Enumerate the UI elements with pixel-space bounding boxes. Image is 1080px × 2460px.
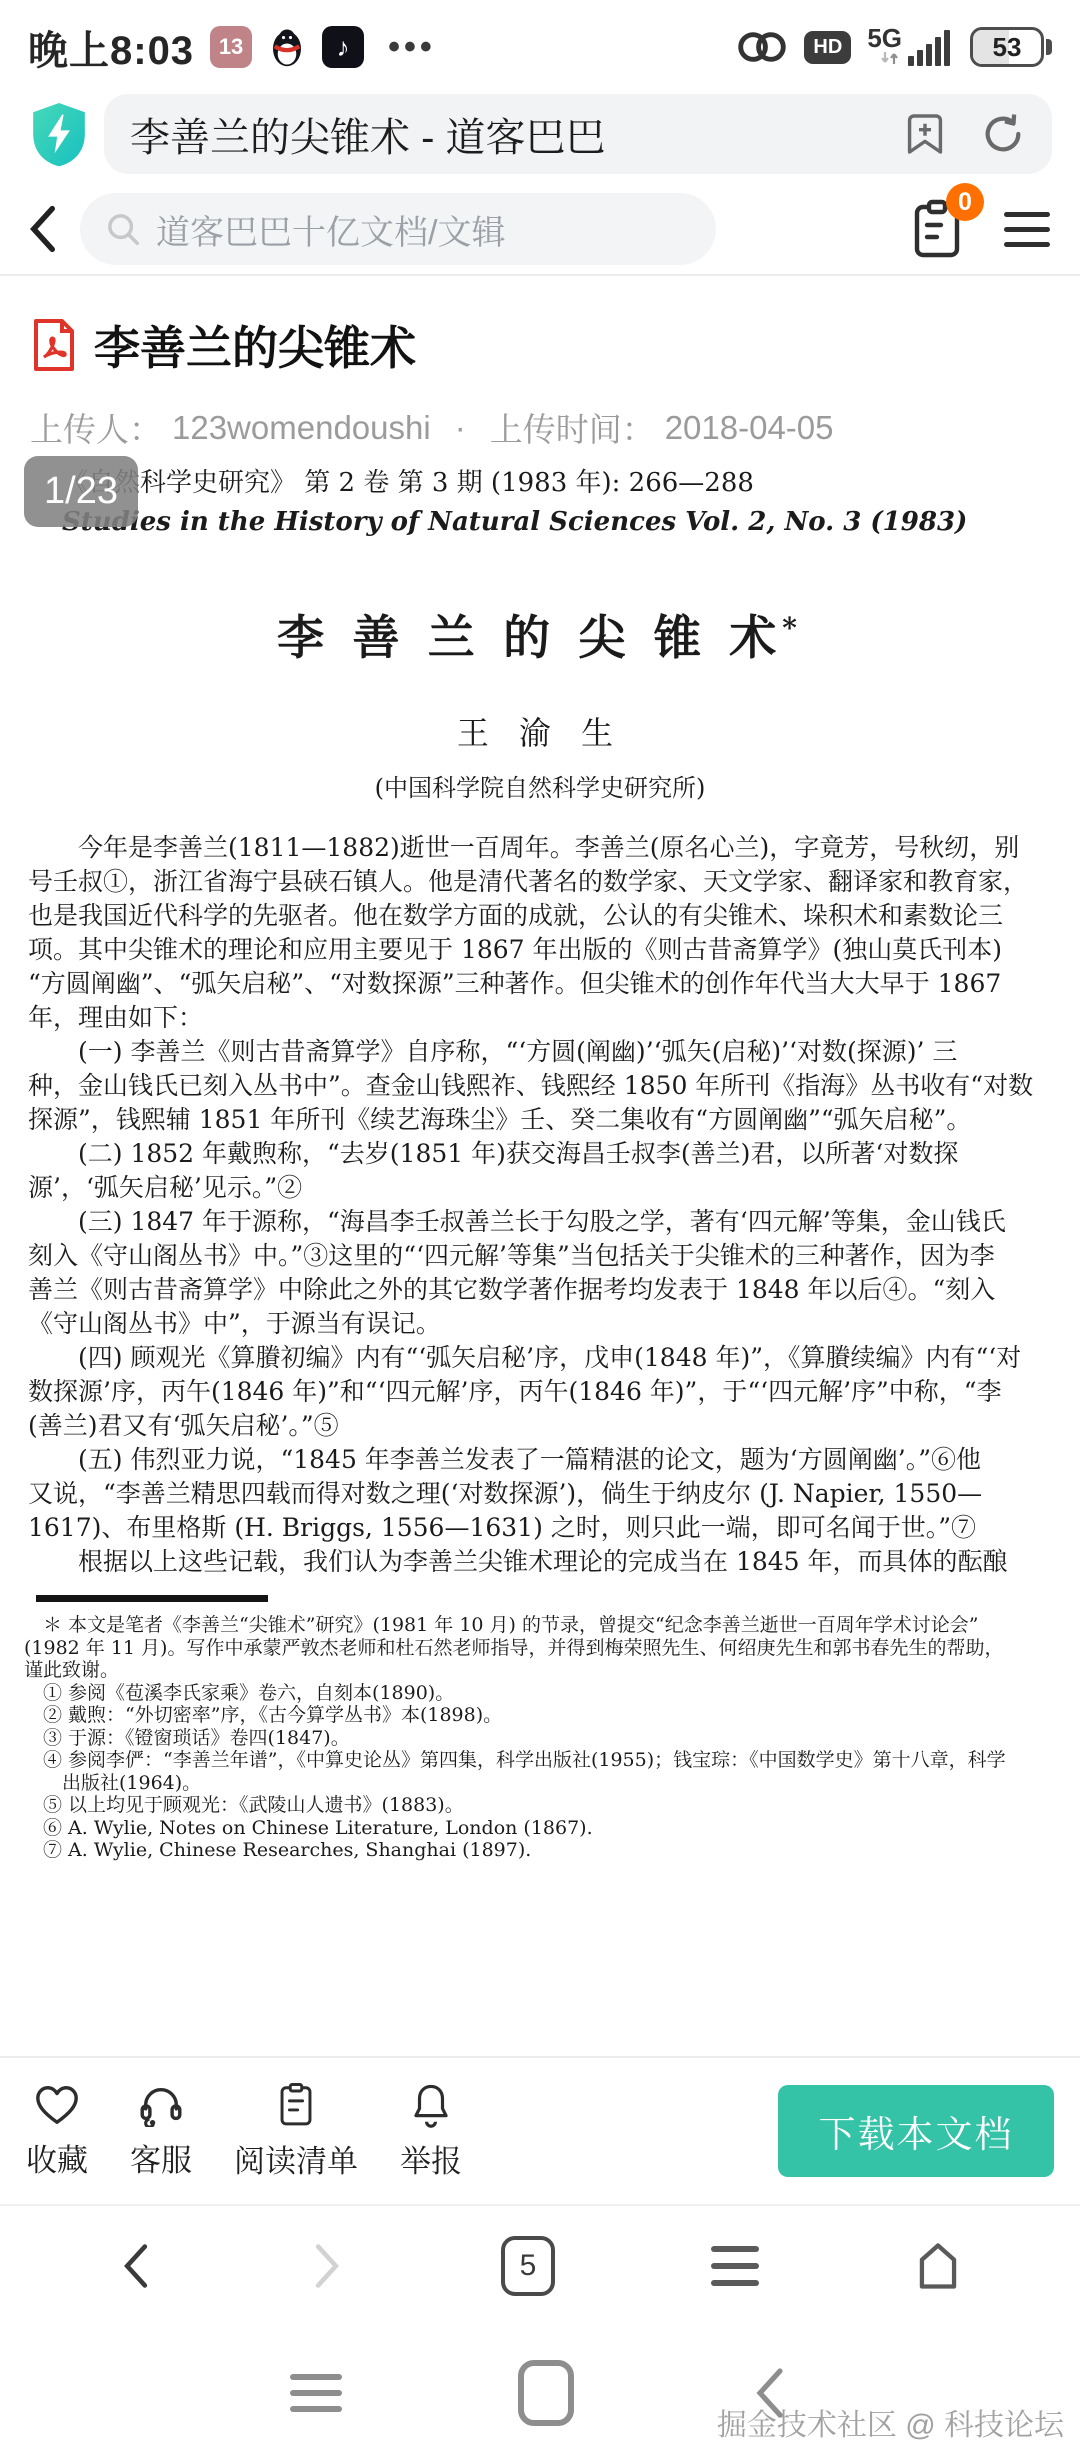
address-bar[interactable]: 李善兰的尖锥术 - 道客巴巴 [104, 94, 1052, 174]
body-line: (善兰)君又有‘弧矢启秘’。”⑤ [28, 1409, 1052, 1443]
body-line: (三) 1847 年于源称，“海昌李壬叔善兰长于勾股之学，著有‘四元解’等集，金… [28, 1205, 1052, 1239]
add-bookmark-icon[interactable] [904, 110, 946, 158]
upload-time-value: 2018-04-05 [665, 409, 834, 447]
linked-rings-icon [736, 28, 788, 66]
customer-service-label: 客服 [130, 2135, 192, 2180]
nav-back-icon[interactable] [118, 2243, 154, 2289]
customer-service-button[interactable]: 客服 [130, 2083, 192, 2180]
footnote-line: ⑤ 以上均见于顾观光：《武陵山人遗书》(1883)。 [24, 1794, 1056, 1817]
body-line: 1617)、布里格斯 (H. Briggs, 1556—1631) 之时，则只此… [28, 1511, 1052, 1545]
paper-footnotes: ＊ 本文是笔者《李善兰“尖锥术”研究》(1981 年 10 月) 的节录，曾提交… [24, 1614, 1056, 1862]
headset-icon [138, 2083, 184, 2127]
document-page-view[interactable]: 1/23 《自然科学史研究》 第 2 卷 第 3 期 (1983 年): 266… [0, 446, 1080, 2056]
body-line: 又说，“李善兰精思四载而得对数之理(‘对数探源’)，倘生于纳皮尔 (J. Nap… [28, 1477, 1052, 1511]
site-search-input[interactable]: 道客巴巴十亿文档/文辑 [80, 193, 716, 265]
pdf-file-icon [30, 317, 78, 373]
footnote-line: ＊ 本文是笔者《李善兰“尖锥术”研究》(1981 年 10 月) 的节录，曾提交… [24, 1614, 1056, 1637]
body-line: 根据以上这些记载，我们认为李善兰尖锥术理论的完成当在 1845 年，而具体的酝酿 [28, 1545, 1052, 1579]
document-action-bar: 收藏 客服 阅读清单 举报 下载本文档 [0, 2056, 1080, 2204]
body-line: 项。其中尖锥术的理论和应用主要见于 1867 年出版的《则古昔斋算学》(独山莫氏… [28, 933, 1052, 967]
paper-affiliation: (中国科学院自然科学史研究所) [0, 768, 1080, 803]
journal-line-cn: 《自然科学史研究》 第 2 卷 第 3 期 (1983 年): 266—288 [62, 462, 1080, 499]
paper-title: 李 善 兰 的 尖 锥 术* [0, 601, 1080, 668]
page-title: 李善兰的尖锥术 - 道客巴巴 [130, 106, 904, 163]
bell-icon [409, 2082, 453, 2128]
signal-5g-icon: 5G [867, 26, 954, 68]
footnote-line: ① 参阅《苞溪李氏家乘》卷六，自刻本(1890)。 [24, 1682, 1056, 1705]
favorite-label: 收藏 [26, 2135, 88, 2180]
reading-list-icon [275, 2082, 317, 2128]
body-line: “方圆阐幽”、“弧矢启秘”、“对数探源”三种著作。但尖锥术的创作年代当大大早于 … [28, 967, 1052, 1001]
body-line: 源’，‘弧矢启秘’见示。”② [28, 1171, 1052, 1205]
uploader-name: 123womendoushi [172, 409, 431, 447]
body-line: 探源”，钱熙辅 1851 年所刊《续艺海珠尘》壬、癸二集收有“方圆阐幽”“弧矢启… [28, 1103, 1052, 1137]
security-shield-icon[interactable] [28, 100, 90, 168]
body-line: (一) 李善兰《则古昔斋算学》自序称，“‘方圆(阐幽)’‘弧矢(启秘)’‘对数(… [28, 1035, 1052, 1069]
body-line: 《守山阁丛书》中”，于源当有误记。 [28, 1307, 1052, 1341]
status-right-icons: HD 5G 53 [736, 26, 1052, 68]
douyin-icon: ♪ [322, 26, 364, 68]
body-line: 刻入《守山阁丛书》中。”③这里的“‘四元解’等集”当包括关于尖锥术的三种著作，因… [28, 1239, 1052, 1273]
body-line: 数探源’序，丙午(1846 年)”和“‘四元解’序，丙午(1846 年)”，于“… [28, 1375, 1052, 1409]
footnote-line: ⑥ A. Wylie, Notes on Chinese Literature,… [24, 1817, 1056, 1840]
app-badge-13-icon: 13 [210, 26, 252, 68]
body-line: (五) 伟烈亚力说，“1845 年李善兰发表了一篇精湛的论文，题为‘方圆阐幽’。… [28, 1443, 1052, 1477]
status-more-dots-icon: ••• [388, 28, 436, 67]
report-label: 举报 [400, 2136, 462, 2181]
system-navigation-bar: 掘金技术社区 @ 科技论坛 [0, 2326, 1080, 2460]
search-icon [104, 210, 142, 248]
footnote-line: 出版社(1964)。 [24, 1772, 1056, 1795]
tab-counter-button[interactable]: 5 [501, 2236, 555, 2296]
heart-icon [34, 2083, 80, 2127]
footnote-line: ② 戴煦：“外切密率”序，《古今算学丛书》本(1898)。 [24, 1704, 1056, 1727]
qq-penguin-icon [266, 26, 308, 68]
footnote-separator [36, 1595, 268, 1602]
footnote-line: ⑦ A. Wylie, Chinese Researches, Shanghai… [24, 1839, 1056, 1862]
doc88-header: 道客巴巴十亿文档/文辑 0 [0, 184, 1080, 276]
journal-line-en: Studies in the History of Natural Scienc… [62, 507, 1080, 537]
tab-count: 5 [520, 2249, 537, 2283]
body-line: 今年是李善兰(1811—1882)逝世一百周年。李善兰(原名心兰)，字竟芳，号秋… [28, 831, 1052, 865]
browser-navigation-bar: 5 [0, 2204, 1080, 2326]
reading-list-entry[interactable]: 0 [910, 199, 964, 259]
footnote-line: (1982 年 11 月)。写作中承蒙严敦杰老师和杜石然老师指导，并得到梅荣照先… [24, 1637, 1056, 1660]
search-placeholder: 道客巴巴十亿文档/文辑 [156, 205, 505, 254]
watermark-text: 掘金技术社区 @ 科技论坛 [717, 2400, 1064, 2444]
refresh-icon[interactable] [980, 111, 1026, 157]
footnote-line: ③ 于源：《镫窗琐话》卷四(1847)。 [24, 1727, 1056, 1750]
page-number-badge: 1/23 [24, 456, 138, 527]
uploader-label: 上传人： [30, 404, 162, 451]
system-recents-icon[interactable] [518, 2360, 574, 2426]
dot-separator: · [455, 409, 466, 447]
clock: 晚上8:03 [28, 19, 194, 76]
footnote-line: 谨此致谢。 [24, 1659, 1056, 1682]
paper-body: 今年是李善兰(1811—1882)逝世一百周年。李善兰(原名心兰)，字竟芳，号秋… [28, 831, 1052, 1579]
footnote-line: ④ 参阅李俨：“李善兰年谱”，《中算史论丛》第四集，科学出版社(1955)；钱宝… [24, 1749, 1056, 1772]
body-line: 号壬叔①，浙江省海宁县硖石镇人。他是清代著名的数学家、天文学家、翻译家和教育家， [28, 865, 1052, 899]
notification-icons: 13 ♪ ••• [210, 26, 436, 68]
body-line: 种，金山钱氏已刻入丛书中”。查金山钱熙祚、钱熙经 1850 年所刊《指海》丛书收… [28, 1069, 1052, 1103]
reading-list-label: 阅读清单 [234, 2136, 358, 2181]
browser-address-row: 李善兰的尖锥术 - 道客巴巴 [0, 84, 1080, 184]
download-document-button[interactable]: 下载本文档 [778, 2085, 1054, 2177]
paper-author: 王 渝 生 [0, 708, 1080, 754]
menu-icon[interactable] [1004, 212, 1050, 247]
system-menu-icon[interactable] [290, 2374, 342, 2412]
browser-menu-icon[interactable] [711, 2246, 759, 2286]
body-line: 年，理由如下： [28, 1001, 1052, 1035]
body-line: 也是我国近代科学的先驱者。他在数学方面的成就，公认的有尖锥术、垛积术和素数论三 [28, 899, 1052, 933]
nav-forward-icon[interactable] [309, 2243, 345, 2289]
body-line: (四) 顾观光《算賸初编》内有“‘弧矢启秘’序，戊申(1848 年)”，《算賸续… [28, 1341, 1052, 1375]
upload-time-label: 上传时间： [490, 404, 655, 451]
report-button[interactable]: 举报 [400, 2082, 462, 2181]
screen: 晚上8:03 13 ♪ ••• HD 5G 53 [0, 0, 1080, 2460]
body-line: 善兰《则古昔斋算学》中除此之外的其它数学著作据考均发表于 1848 年以后④。“… [28, 1273, 1052, 1307]
reading-list-button[interactable]: 阅读清单 [234, 2082, 358, 2181]
hd-voice-icon: HD [804, 31, 851, 64]
upload-meta: 上传人：123womendoushi · 上传时间：2018-04-05 [30, 404, 1050, 451]
document-title: 李善兰的尖锥术 [94, 312, 416, 378]
reading-list-badge: 0 [946, 183, 984, 221]
battery-icon: 53 [970, 27, 1052, 67]
favorite-button[interactable]: 收藏 [26, 2083, 88, 2180]
body-line: (二) 1852 年戴煦称，“去岁(1851 年)获交海昌壬叔李(善兰)君，以所… [28, 1137, 1052, 1171]
document-info: 李善兰的尖锥术 上传人：123womendoushi · 上传时间：2018-0… [0, 276, 1080, 446]
home-icon[interactable] [914, 2241, 962, 2291]
back-icon[interactable] [24, 205, 62, 253]
status-bar: 晚上8:03 13 ♪ ••• HD 5G 53 [0, 0, 1080, 84]
